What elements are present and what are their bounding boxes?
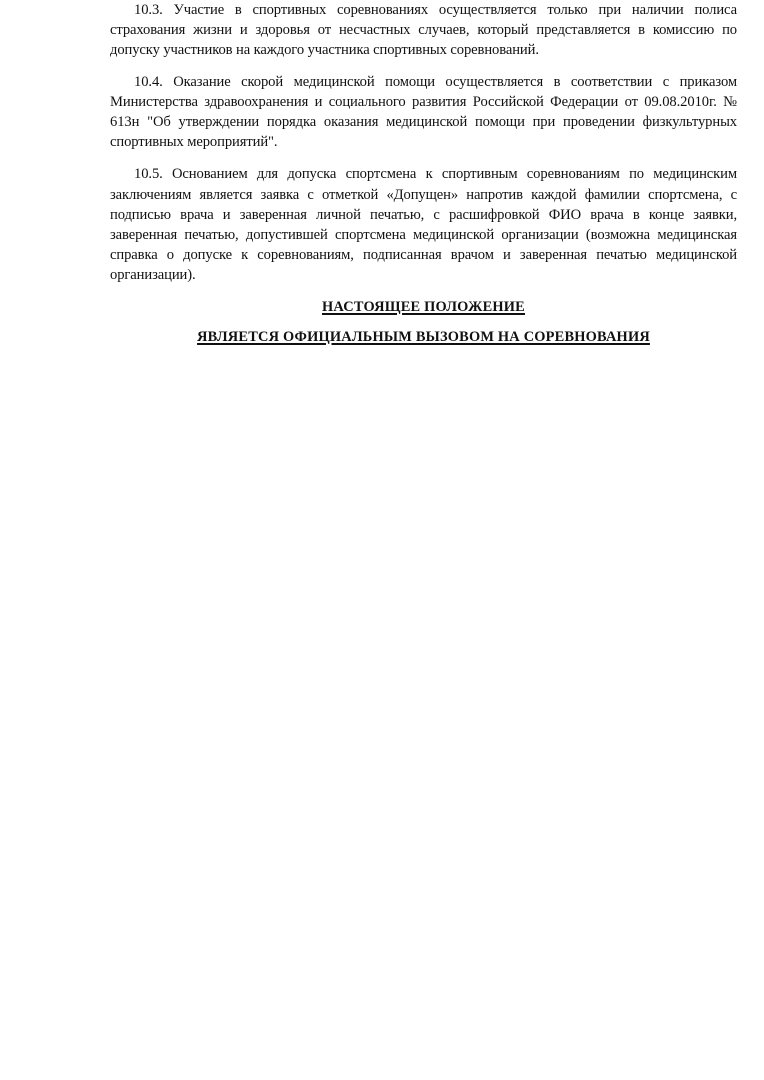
closing-heading-title: НАСТОЯЩЕЕ ПОЛОЖЕНИЕ [110,299,737,316]
paragraph-10-4: 10.4. Оказание скорой медицинской помощи… [110,72,737,153]
closing-heading-subtitle: ЯВЛЯЕТСЯ ОФИЦИАЛЬНЫМ ВЫЗОВОМ НА СОРЕВНОВ… [110,329,737,346]
document-page: 10.3. Участие в спортивных соревнованиях… [110,0,737,286]
paragraph-10-3: 10.3. Участие в спортивных соревнованиях… [110,0,737,61]
paragraph-10-5: 10.5. Основанием для допуска спортсмена … [110,164,737,285]
